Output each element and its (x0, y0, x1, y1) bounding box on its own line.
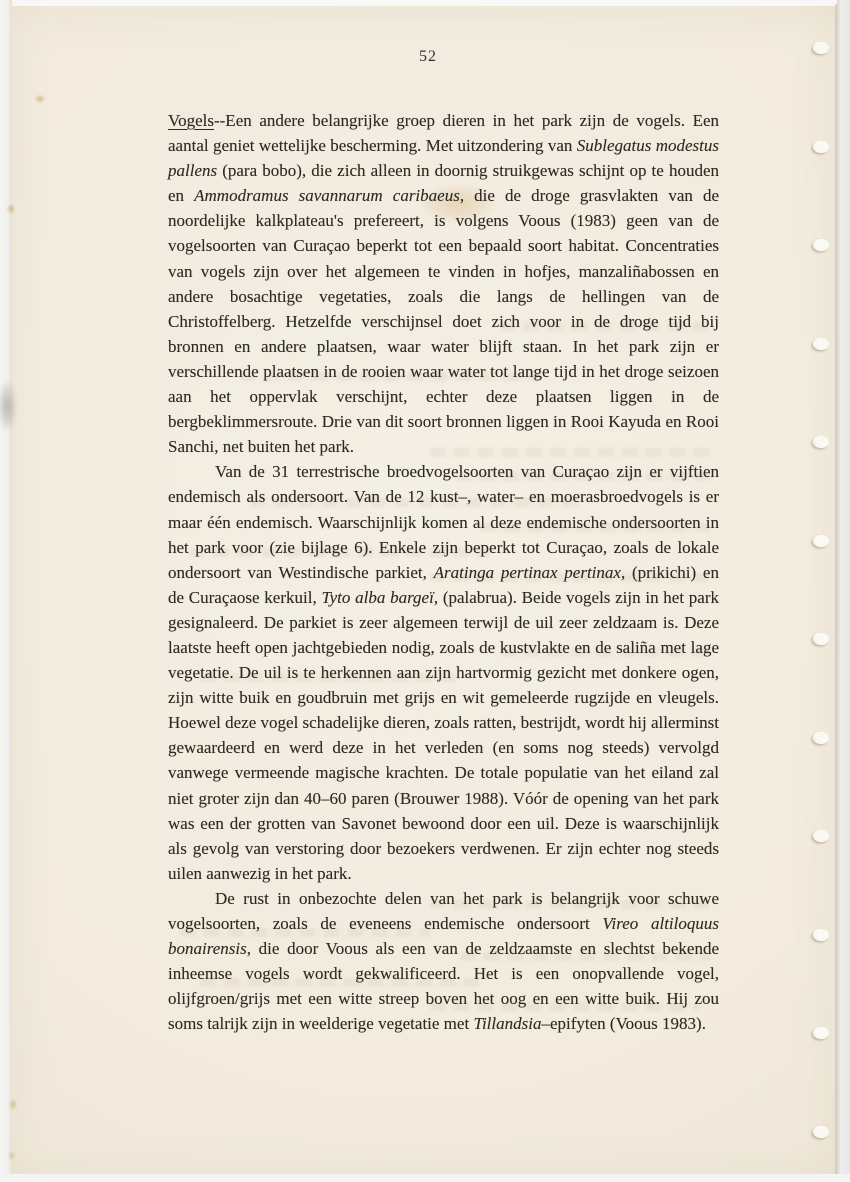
text-run: , die de droge grasvlakten van de noorde… (168, 186, 719, 456)
binder-hole (813, 929, 829, 941)
binder-hole (813, 830, 829, 842)
species-name-italic: Tillandsia (473, 1014, 541, 1033)
page-number: 52 (153, 48, 703, 66)
binder-hole (813, 338, 829, 350)
binder-hole (813, 633, 829, 645)
species-name-italic: Ammodramus savannarum caribaeus (194, 186, 460, 205)
binder-hole (813, 732, 829, 744)
binder-hole (813, 535, 829, 547)
paragraph: Van de 31 terrestrische broedvogelsoorte… (168, 459, 719, 886)
paragraph: De rust in onbezochte delen van het park… (168, 886, 719, 1037)
binder-hole (813, 42, 829, 54)
paper-speck (8, 205, 14, 213)
scan-edge-right (837, 0, 850, 1182)
paragraph: Vogels--Een andere belangrijke groep die… (168, 108, 719, 459)
binder-hole (813, 1126, 829, 1138)
underlined-heading: Vogels (168, 111, 214, 130)
paper-speck (36, 96, 44, 102)
binder-hole (813, 239, 829, 251)
binder-hole (813, 436, 829, 448)
species-name-italic: Aratinga pertinax pertinax (434, 563, 621, 582)
paper-speck (10, 1100, 16, 1109)
scan-edge-bottom (0, 1174, 850, 1182)
scan-edge-left (0, 0, 12, 1182)
scanned-document-page: 52 Vogels--Een andere belangrijke groep … (0, 0, 850, 1182)
paper-speck (9, 1152, 14, 1159)
species-name-italic: Tyto alba bargeï (321, 588, 433, 607)
scan-edge-top (0, 0, 850, 6)
binder-hole (813, 141, 829, 153)
text-run: , (palabrua). Beide vogels zijn in het p… (168, 588, 719, 883)
text-run: –epifyten (Voous 1983). (541, 1014, 705, 1033)
body-text: Vogels--Een andere belangrijke groep die… (168, 108, 719, 1036)
binder-hole (813, 1027, 829, 1039)
